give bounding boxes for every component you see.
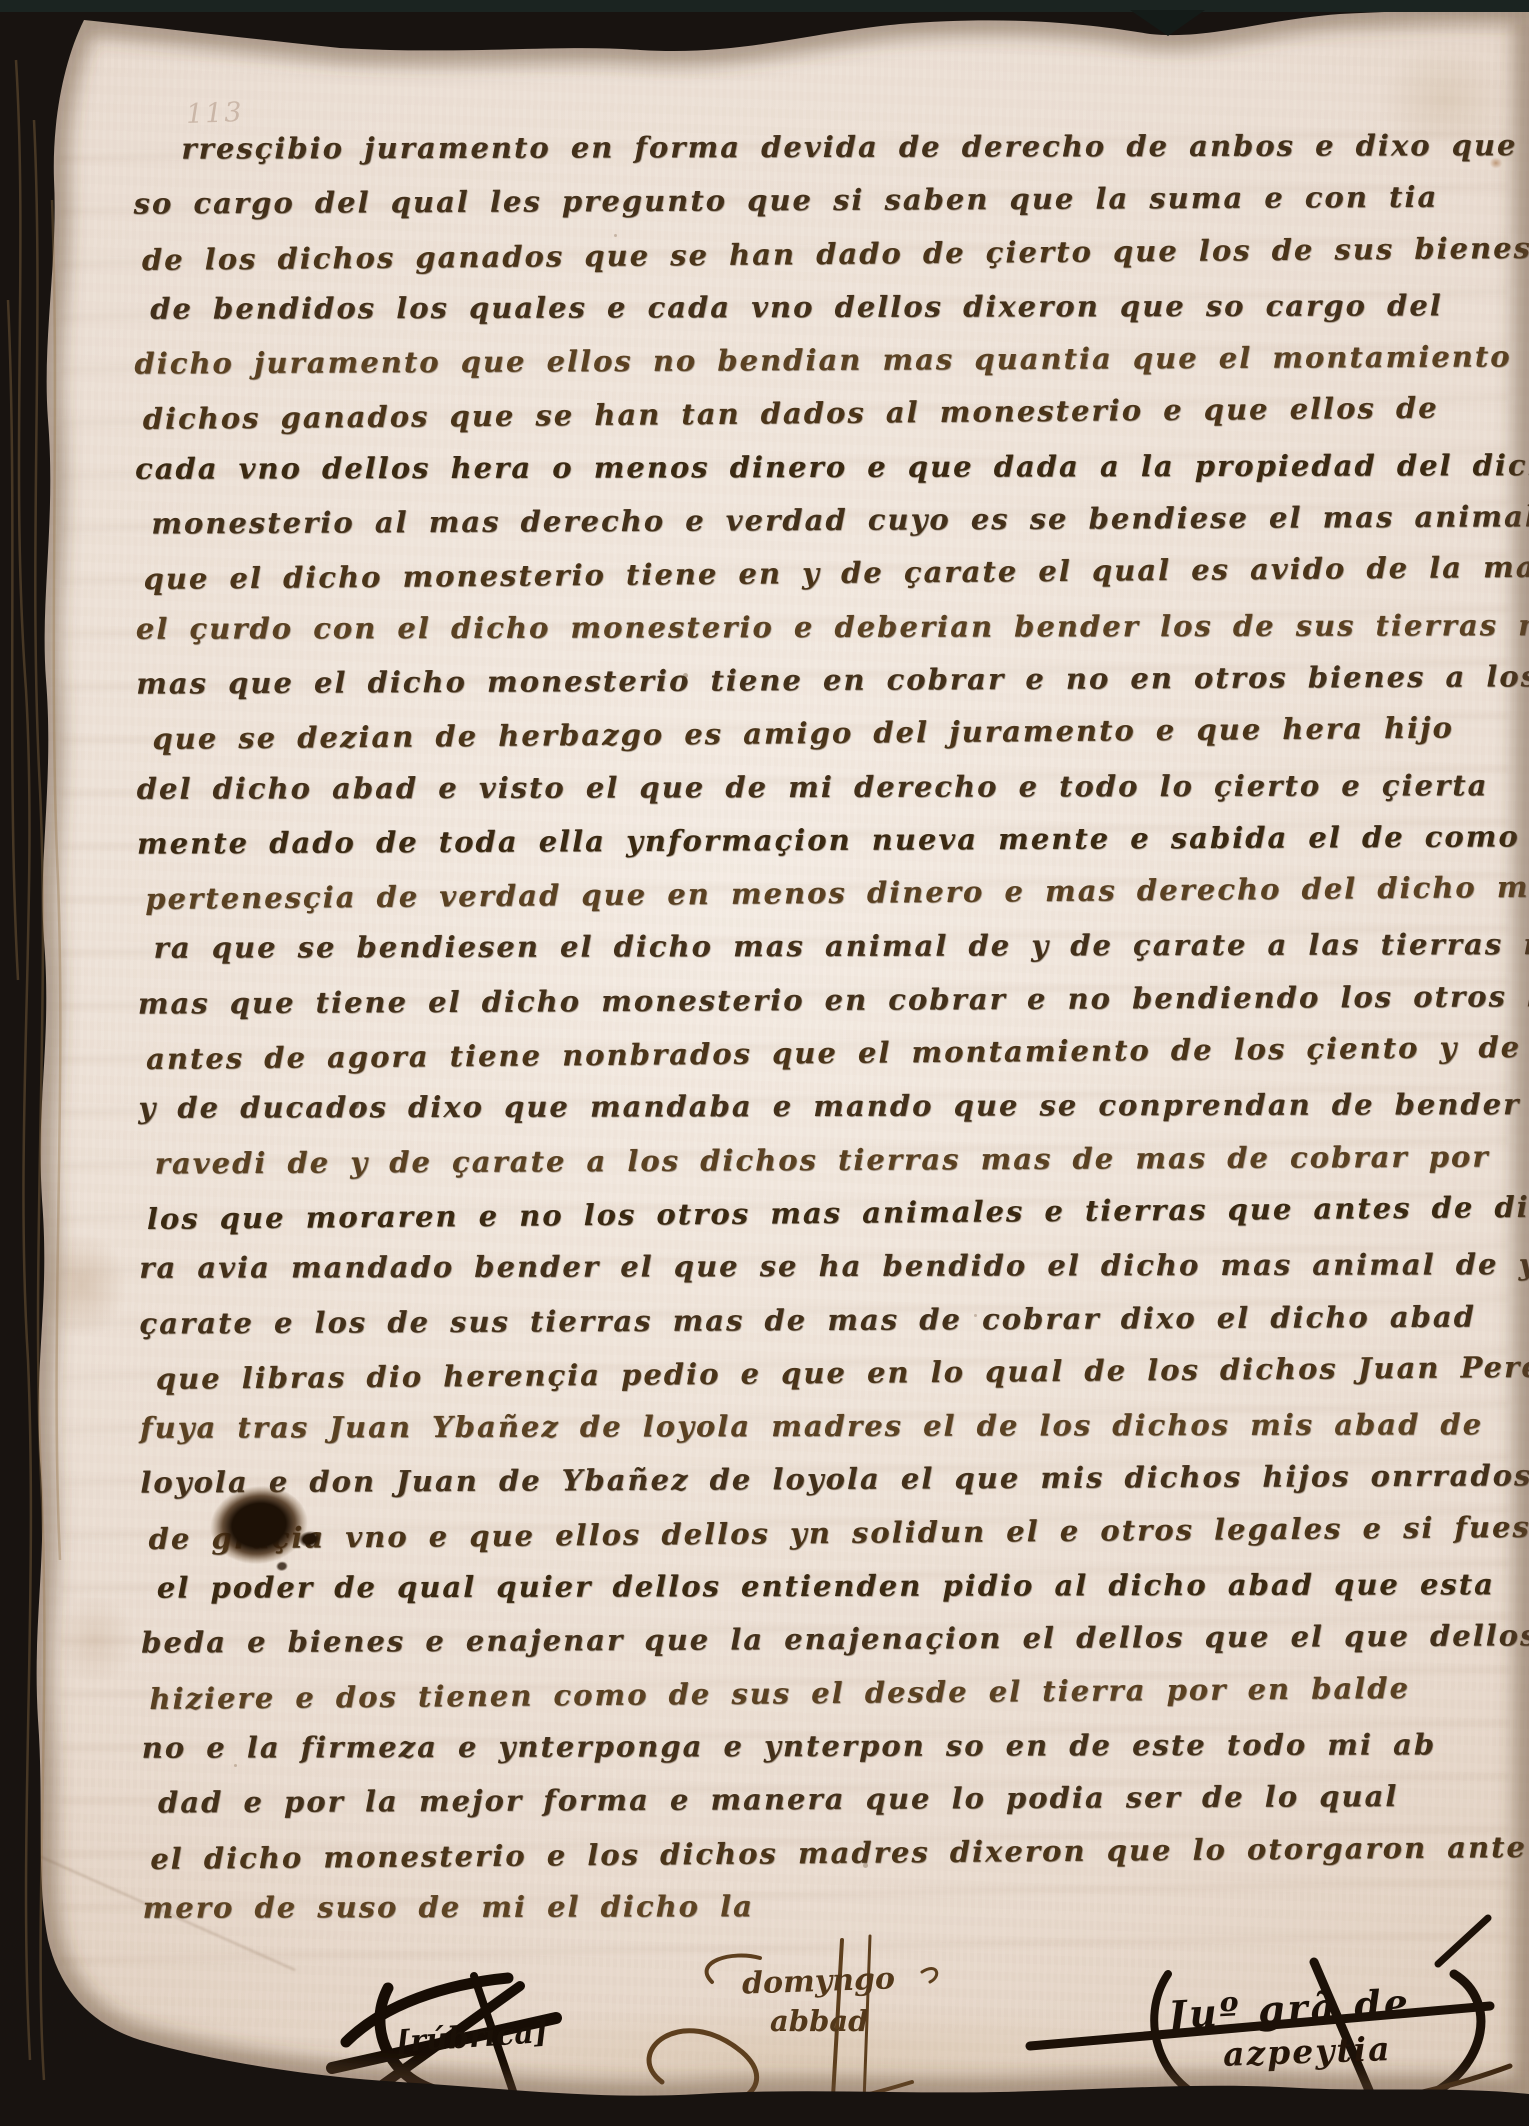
signature-center-name: domyngo: [741, 1961, 895, 2001]
manuscript-line: mas que el dicho monesterio tiene en cob…: [136, 659, 1514, 720]
manuscript-line: del dicho abad e visto el que de mi dere…: [137, 768, 1515, 825]
manuscript-line: el poder de qual quier dellos entienden …: [157, 1567, 1519, 1624]
manuscript-line: el dicho monesterio e los dichos madres …: [150, 1829, 1520, 1894]
margin-stain: [40, 1580, 150, 1700]
signature-right-surname: azpeytia: [1222, 2029, 1392, 2074]
manuscript-line: de los dichos ganados que se han dado de…: [142, 231, 1512, 296]
manuscript-line: ra avia mandado bender el que se ha bend…: [139, 1247, 1517, 1304]
manuscript-line: fuya tras Juan Ybañez de loyola madres e…: [140, 1407, 1518, 1464]
manuscript-line: ra que se bendiesen el dicho mas animal …: [154, 928, 1516, 985]
manuscript-line: beda e bienes e enajenar que la enajenaç…: [141, 1619, 1519, 1680]
manuscript-line: mas que tiene el dicho monesterio en cob…: [138, 979, 1516, 1040]
manuscript-line: de graçia vno e que ellos dellos yn soli…: [148, 1510, 1518, 1575]
manuscript-line: que libras dio herençia pedio e que en l…: [156, 1350, 1518, 1415]
manuscript-scan: 113 rresçibio juramento en forma devida …: [0, 0, 1529, 2126]
manuscript-line: no e la firmeza e ynterponga e ynterpon …: [142, 1727, 1520, 1784]
manuscript-line: dad e por la mejor forma e manera que lo…: [158, 1779, 1520, 1839]
manuscript-line: hiziere e dos tienen como de sus el desd…: [149, 1670, 1519, 1735]
manuscript-line: dichos ganados que se han tan dados al m…: [143, 390, 1513, 455]
manuscript-line: antes de agora tiene nonbrados que el mo…: [146, 1030, 1516, 1095]
manuscript-line: y de ducados dixo que mandaba e mando qu…: [138, 1088, 1516, 1145]
manuscript-line: rresçibio juramento en forma devida de d…: [181, 128, 1511, 185]
manuscript-line: mente dado de toda ella ynformaçion nuev…: [137, 819, 1515, 880]
signature-center: domyngo abbad: [592, 1932, 1022, 2122]
manuscript-line: de bendidos los quales e cada vno dellos…: [150, 288, 1512, 345]
signature-center-title: abbad: [770, 2004, 868, 2038]
signature-right: Juº grã de azpeytia: [1018, 1948, 1528, 2123]
folio-number: 113: [185, 97, 244, 130]
manuscript-line: so cargo del qual les pregunto que si sa…: [134, 180, 1512, 241]
manuscript-line: ravedi de y de çarate a los dichos tierr…: [155, 1139, 1517, 1199]
manuscript-line: que se dezian de herbazgo es amigo del j…: [152, 710, 1514, 775]
manuscript-line: pertenesçia de verdad que en menos diner…: [145, 870, 1515, 935]
manuscript-line: loyola e don Juan de Ybañez de loyola el…: [140, 1459, 1518, 1520]
manuscript-text-block: rresçibio juramento en forma devida de d…: [133, 126, 1520, 1945]
manuscript-line: que el dicho monesterio tiene en y de ça…: [143, 550, 1513, 615]
manuscript-line: el çurdo con el dicho monesterio e deber…: [136, 608, 1514, 665]
manuscript-line: çarate e los de sus tierras mas de mas d…: [139, 1299, 1517, 1360]
margin-stain: [22, 1215, 142, 1355]
manuscript-line: cada vno dellos hera o menos dinero e qu…: [135, 448, 1513, 505]
manuscript-line: los que moraren e no los otros mas anima…: [147, 1190, 1517, 1255]
signature-left-rubric: [rúbrica]: [322, 1946, 582, 2116]
